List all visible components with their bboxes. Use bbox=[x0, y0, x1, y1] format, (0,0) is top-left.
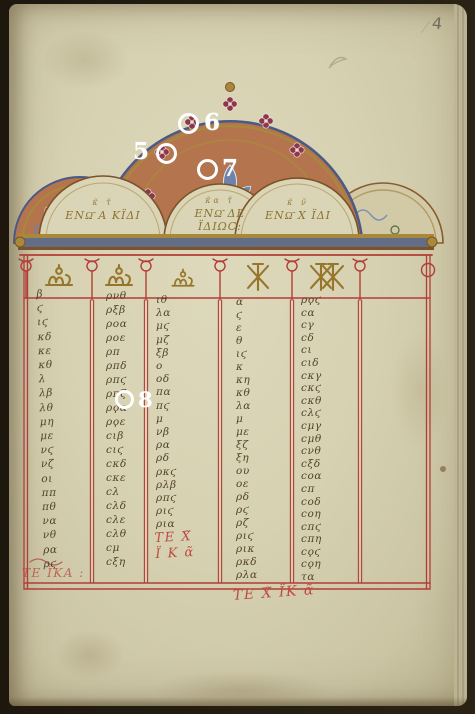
canon-number: ρικ bbox=[236, 543, 258, 556]
canon-number: λα bbox=[236, 400, 258, 413]
canon-number: κθ bbox=[236, 387, 258, 400]
canon-number: ϲξη bbox=[106, 555, 127, 569]
lunette-inscription-right: κ̃ ν̃ ΕΝΩ͂ Χ ΪΔΙ bbox=[244, 196, 352, 222]
canon-number: κθ bbox=[38, 358, 53, 373]
canon-column-3: ιθλαμϛμζξβοοδπαπϛμνβραρδρκϛρλβρπϛριϛρια bbox=[156, 294, 177, 532]
canon-number: ροε bbox=[106, 331, 127, 345]
marker-8-circle[interactable] bbox=[115, 390, 134, 409]
canon-number: ϲα bbox=[301, 307, 322, 320]
colophon-line: Ϊ Κ ᾶ bbox=[155, 545, 195, 563]
canon-number: ϲοδ bbox=[301, 496, 322, 509]
canon-number: ρϙε bbox=[106, 415, 127, 429]
canon-number: οι bbox=[41, 471, 56, 486]
canon-number: ρλα bbox=[236, 569, 258, 582]
canon-number: ρδ bbox=[156, 452, 177, 465]
canon-number: με bbox=[236, 426, 258, 439]
canon-number: ρπδ bbox=[106, 359, 127, 373]
canon-number: ροα bbox=[106, 317, 127, 331]
canon-number: ριϛ bbox=[236, 530, 258, 543]
lunette-inscription-left: κ̃ τ̃ ΕΝΩ͂ Α ΚΪΔΙ bbox=[53, 196, 153, 222]
canon-number: ϲϙη bbox=[301, 558, 322, 571]
canon-number: ϛ bbox=[236, 309, 258, 322]
canon-number: ϲξδ bbox=[301, 458, 322, 471]
canon-number: θ bbox=[236, 335, 258, 348]
canon-number: ε bbox=[236, 322, 258, 335]
canon-number: ϲπϛ bbox=[301, 521, 322, 534]
red-colophon-column3: ΤΕ Χ̃Ϊ Κ ᾶ bbox=[154, 529, 195, 563]
canon-number: ρϛ bbox=[236, 504, 258, 517]
canon-number: μζ bbox=[156, 334, 177, 347]
canon-number: ρξβ bbox=[106, 303, 127, 317]
canon-number: οδ bbox=[156, 373, 177, 386]
canon-number: κδ bbox=[37, 329, 52, 344]
canon-number: ξβ bbox=[156, 347, 177, 360]
lunette-superscript: κ̃ ν̃ bbox=[244, 196, 352, 209]
canon-number: ϲμ bbox=[106, 541, 127, 555]
canon-number: ϲλδ bbox=[106, 499, 127, 513]
lamp-ornament-icon bbox=[46, 265, 72, 285]
marker-6-circle[interactable] bbox=[178, 113, 199, 134]
canon-number: ρπϛ bbox=[106, 373, 127, 387]
canon-number: νβ bbox=[156, 426, 177, 439]
canon-number: ου bbox=[236, 465, 258, 478]
canon-table-frame bbox=[19, 255, 435, 589]
canon-number: ϲκθ bbox=[301, 395, 322, 408]
canon-number: ιϛ bbox=[37, 315, 52, 330]
folio-number: 4 bbox=[431, 14, 443, 34]
canon-number: ρπ bbox=[106, 345, 127, 359]
chi-ornament-icon bbox=[248, 264, 268, 290]
canon-number: ϲμθ bbox=[301, 433, 322, 446]
canon-number: ϲλθ bbox=[106, 527, 127, 541]
manuscript-photo: κ̃ τ̃ ΕΝΩ͂ Α ΚΪΔΙ κ̃α τ̃ ΕΝΩ͂ ΔΕ ΪΔΙΩϹ: … bbox=[0, 0, 475, 714]
canon-number: ϲοα bbox=[301, 470, 322, 483]
canon-number: ϲκδ bbox=[106, 457, 127, 471]
canon-column-5: ρϙϛϲαϲγϲδϲιϲιδϲκγϲκϛϲκθϲλϛϲμγϲμθϲνθϲξδϲο… bbox=[301, 294, 322, 584]
canon-number: ξζ bbox=[236, 439, 258, 452]
canon-column-4: αϛεθιϛκκηκθλαμμεξζξηουοερδρϛρζριϛρικρκδρ… bbox=[236, 296, 258, 582]
canon-number: ο bbox=[156, 360, 177, 373]
lunette-text: ΪΔΙΩϹ: bbox=[198, 220, 242, 233]
canon-number: ρϙϛ bbox=[301, 294, 322, 307]
canon-number: ϲιϛ bbox=[106, 443, 127, 457]
lunette-superscript: κ̃ τ̃ bbox=[53, 196, 153, 209]
canon-ornament-icons bbox=[46, 264, 343, 290]
canon-number: λα bbox=[156, 307, 177, 320]
canon-number: κη bbox=[236, 374, 258, 387]
canon-number: λθ bbox=[39, 400, 54, 415]
canon-number: πα bbox=[156, 386, 177, 399]
double-chi-ornament-icon bbox=[311, 264, 343, 290]
canon-number: μ bbox=[236, 413, 258, 426]
canon-number: ρα bbox=[156, 439, 177, 452]
canon-number: ϲιβ bbox=[106, 429, 127, 443]
canon-number: ϛ bbox=[37, 301, 52, 316]
pencil-scribbles bbox=[329, 21, 430, 68]
canon-number: μ bbox=[156, 413, 177, 426]
canon-number: μη bbox=[40, 415, 55, 430]
marker-7-label[interactable]: 7 bbox=[222, 157, 238, 180]
canon-number: ϲπ bbox=[301, 483, 322, 496]
canon-number: ιθ bbox=[156, 294, 177, 307]
lunette-text: ΕΝΩ͂ Χ ΪΔΙ bbox=[265, 209, 331, 222]
canon-number: ρνθ bbox=[106, 289, 127, 303]
canon-number: ππ bbox=[41, 486, 56, 501]
lamp-ornament-icon bbox=[172, 269, 193, 285]
canon-number: κε bbox=[38, 344, 53, 359]
canon-number: ϲλϛ bbox=[301, 407, 322, 420]
canon-number: ϲκγ bbox=[301, 370, 322, 383]
canon-number: ϲλ bbox=[106, 485, 127, 499]
canon-number: νϛ bbox=[40, 443, 55, 458]
canon-number: ρκδ bbox=[236, 556, 258, 569]
canon-number: ϲδ bbox=[301, 332, 322, 345]
canon-number: ρδ bbox=[236, 491, 258, 504]
canon-number: να bbox=[42, 514, 57, 529]
canon-number: οε bbox=[236, 478, 258, 491]
canon-number: ϲπη bbox=[301, 533, 322, 546]
canon-column-2: ρνθρξβροαροερπρπδρπϛρπζρϙαρϙεϲιβϲιϛϲκδϲκ… bbox=[106, 289, 127, 569]
canon-number: ρα bbox=[43, 542, 58, 557]
canon-number: ϲνθ bbox=[301, 445, 322, 458]
canon-number: ϲμγ bbox=[301, 420, 322, 433]
marker-5-circle[interactable] bbox=[156, 143, 177, 164]
canon-number: ϲϙϛ bbox=[301, 546, 322, 559]
canon-number: πθ bbox=[42, 500, 57, 515]
canon-number: με bbox=[40, 429, 55, 444]
red-footer-left: ΤΕ ΪΚΑ : bbox=[22, 566, 85, 580]
lamp-ornament-icon bbox=[106, 265, 132, 285]
canon-number: β bbox=[36, 287, 51, 302]
canon-number: ξη bbox=[236, 452, 258, 465]
lunette-text: ΕΝΩ͂ Α ΚΪΔΙ bbox=[65, 209, 140, 222]
marker-7-circle[interactable] bbox=[197, 159, 218, 180]
canon-number: κ bbox=[236, 361, 258, 374]
canon-number: λβ bbox=[39, 386, 54, 401]
marker-5-label[interactable]: 5 bbox=[133, 140, 149, 163]
canon-number: ρπϛ bbox=[156, 492, 177, 505]
canon-number: ρζ bbox=[236, 517, 258, 530]
canon-number: νζ bbox=[41, 457, 56, 472]
canon-number: ϲκϛ bbox=[301, 382, 322, 395]
canon-number: ϲοη bbox=[301, 508, 322, 521]
lunette-text: ΕΝΩ͂ ΔΕ bbox=[194, 207, 245, 220]
canon-number: ρλβ bbox=[156, 479, 177, 492]
canon-number: ιϛ bbox=[236, 348, 258, 361]
canon-number: ϲγ bbox=[301, 319, 322, 332]
canon-number: ϲλε bbox=[106, 513, 127, 527]
canon-number: λ bbox=[39, 372, 54, 387]
canon-number: πϛ bbox=[156, 400, 177, 413]
marker-6-label[interactable]: 6 bbox=[204, 111, 220, 134]
canon-number: α bbox=[236, 296, 258, 309]
canon-number: ριϛ bbox=[156, 505, 177, 518]
marker-8-label[interactable]: 8 bbox=[138, 389, 153, 410]
canon-number: ϲι bbox=[301, 344, 322, 357]
canon-number: μϛ bbox=[156, 320, 177, 333]
canon-number: ρκϛ bbox=[156, 466, 177, 479]
canon-number: νθ bbox=[43, 528, 58, 543]
canon-number: ϲκε bbox=[106, 471, 127, 485]
canon-number: ϲιδ bbox=[301, 357, 322, 370]
